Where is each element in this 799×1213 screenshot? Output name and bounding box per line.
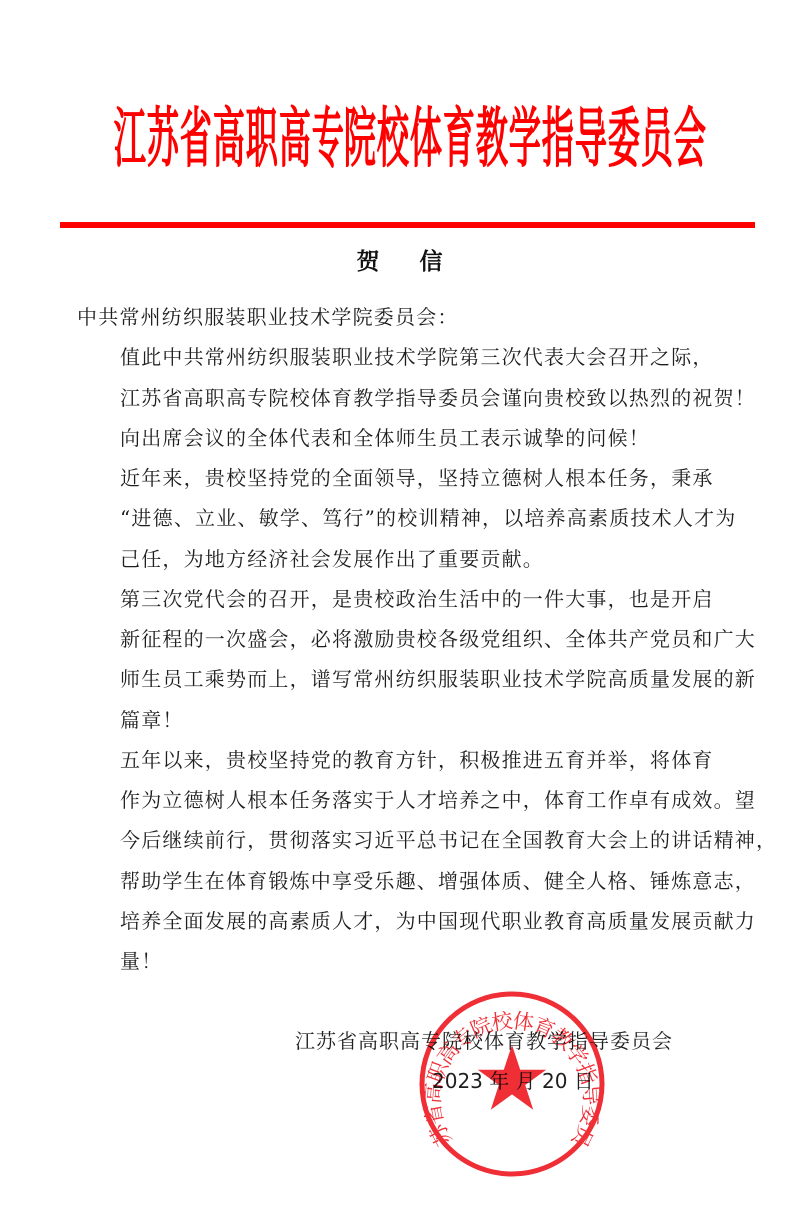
text-line: 近年来，贵校坚持党的全面领导，坚持立德树人根本任务，秉承	[77, 458, 719, 498]
text-line: 江苏省高职高专院校体育教学指导委员会谨向贵校致以热烈的祝贺！	[77, 378, 719, 418]
letterhead-title: 江苏省高职高专院校体育教学指导委员会	[108, 100, 698, 178]
paragraph-1: 值此中共常州纺织服装职业技术学院第三次代表大会召开之际， 江苏省高职高专院校体育…	[77, 337, 719, 458]
text-line: 第三次党代会的召开，是贵校政治生活中的一件大事，也是开启	[77, 579, 719, 619]
text-line: 今后继续前行，贯彻落实习近平总书记在全国教育大会上的讲话精神，	[77, 820, 719, 860]
letterhead-char: 导	[575, 90, 594, 188]
letter-body: 中共常州纺织服装职业技术学院委员会： 值此中共常州纺织服装职业技术学院第三次代表…	[77, 297, 719, 981]
text-line: 培养全面发展的高素质人才，为中国现代职业教育高质量发展贡献力	[77, 901, 719, 941]
text-line: 师生员工乘势而上，谱写常州纺织服装职业技术学院高质量发展的新	[77, 659, 719, 699]
letterhead-char: 育	[443, 90, 462, 188]
document-title: 贺信	[0, 245, 799, 279]
letterhead-char: 院	[344, 90, 363, 188]
paragraph-2: 近年来，贵校坚持党的全面领导，坚持立德树人根本任务，秉承 “进德、立业、敏学、笃…	[77, 458, 719, 579]
letterhead-char: 省	[180, 90, 199, 188]
letterhead-char: 职	[245, 90, 264, 188]
official-seal-stamp: 江苏省高职高专院校体育教学指导委员会	[418, 990, 606, 1178]
letterhead-char: 苏	[147, 90, 166, 188]
text-line: 新征程的一次盛会，必将激励贵校各级党组织、全体共产党员和广大	[77, 619, 719, 659]
text-line: 向出席会议的全体代表和全体师生员工表示诚挚的问候！	[77, 418, 719, 458]
paragraph-3: 第三次党代会的召开，是贵校政治生活中的一件大事，也是开启 新征程的一次盛会，必将…	[77, 579, 719, 740]
text-line: “进德、立业、敏学、笃行”的校训精神，以培养高素质技术人才为	[77, 498, 719, 538]
letterhead-char: 教	[476, 90, 495, 188]
letterhead-char: 江	[114, 90, 133, 188]
letterhead-char: 体	[410, 90, 429, 188]
letterhead-char: 委	[608, 90, 627, 188]
text-line: 五年以来，贵校坚持党的教育方针，积极推进五育并举，将体育	[77, 740, 719, 780]
letterhead-char: 高	[213, 90, 232, 188]
text-line: 值此中共常州纺织服装职业技术学院第三次代表大会召开之际，	[77, 337, 719, 377]
text-line: 帮助学生在体育锻炼中享受乐趣、增强体质、健全人格、锤炼意志，	[77, 861, 719, 901]
text-line: 作为立德树人根本任务落实于人才培养之中，体育工作卓有成效。望	[77, 780, 719, 820]
letterhead-char: 校	[377, 90, 396, 188]
letterhead-char: 高	[278, 90, 297, 188]
text-line: 量！	[77, 941, 719, 981]
letterhead-char: 员	[641, 90, 660, 188]
paragraph-4: 五年以来，贵校坚持党的教育方针，积极推进五育并举，将体育 作为立德树人根本任务落…	[77, 740, 719, 982]
letterhead-char: 指	[542, 90, 561, 188]
letterhead-char: 专	[311, 90, 330, 188]
red-star-icon	[478, 1045, 546, 1110]
text-line: 篇章！	[77, 700, 719, 740]
letterhead-char: 会	[673, 90, 692, 188]
red-divider	[60, 222, 755, 228]
letterhead-char: 学	[509, 90, 528, 188]
salutation: 中共常州纺织服装职业技术学院委员会：	[77, 297, 719, 337]
text-line: 己任，为地方经济社会发展作出了重要贡献。	[77, 539, 719, 579]
